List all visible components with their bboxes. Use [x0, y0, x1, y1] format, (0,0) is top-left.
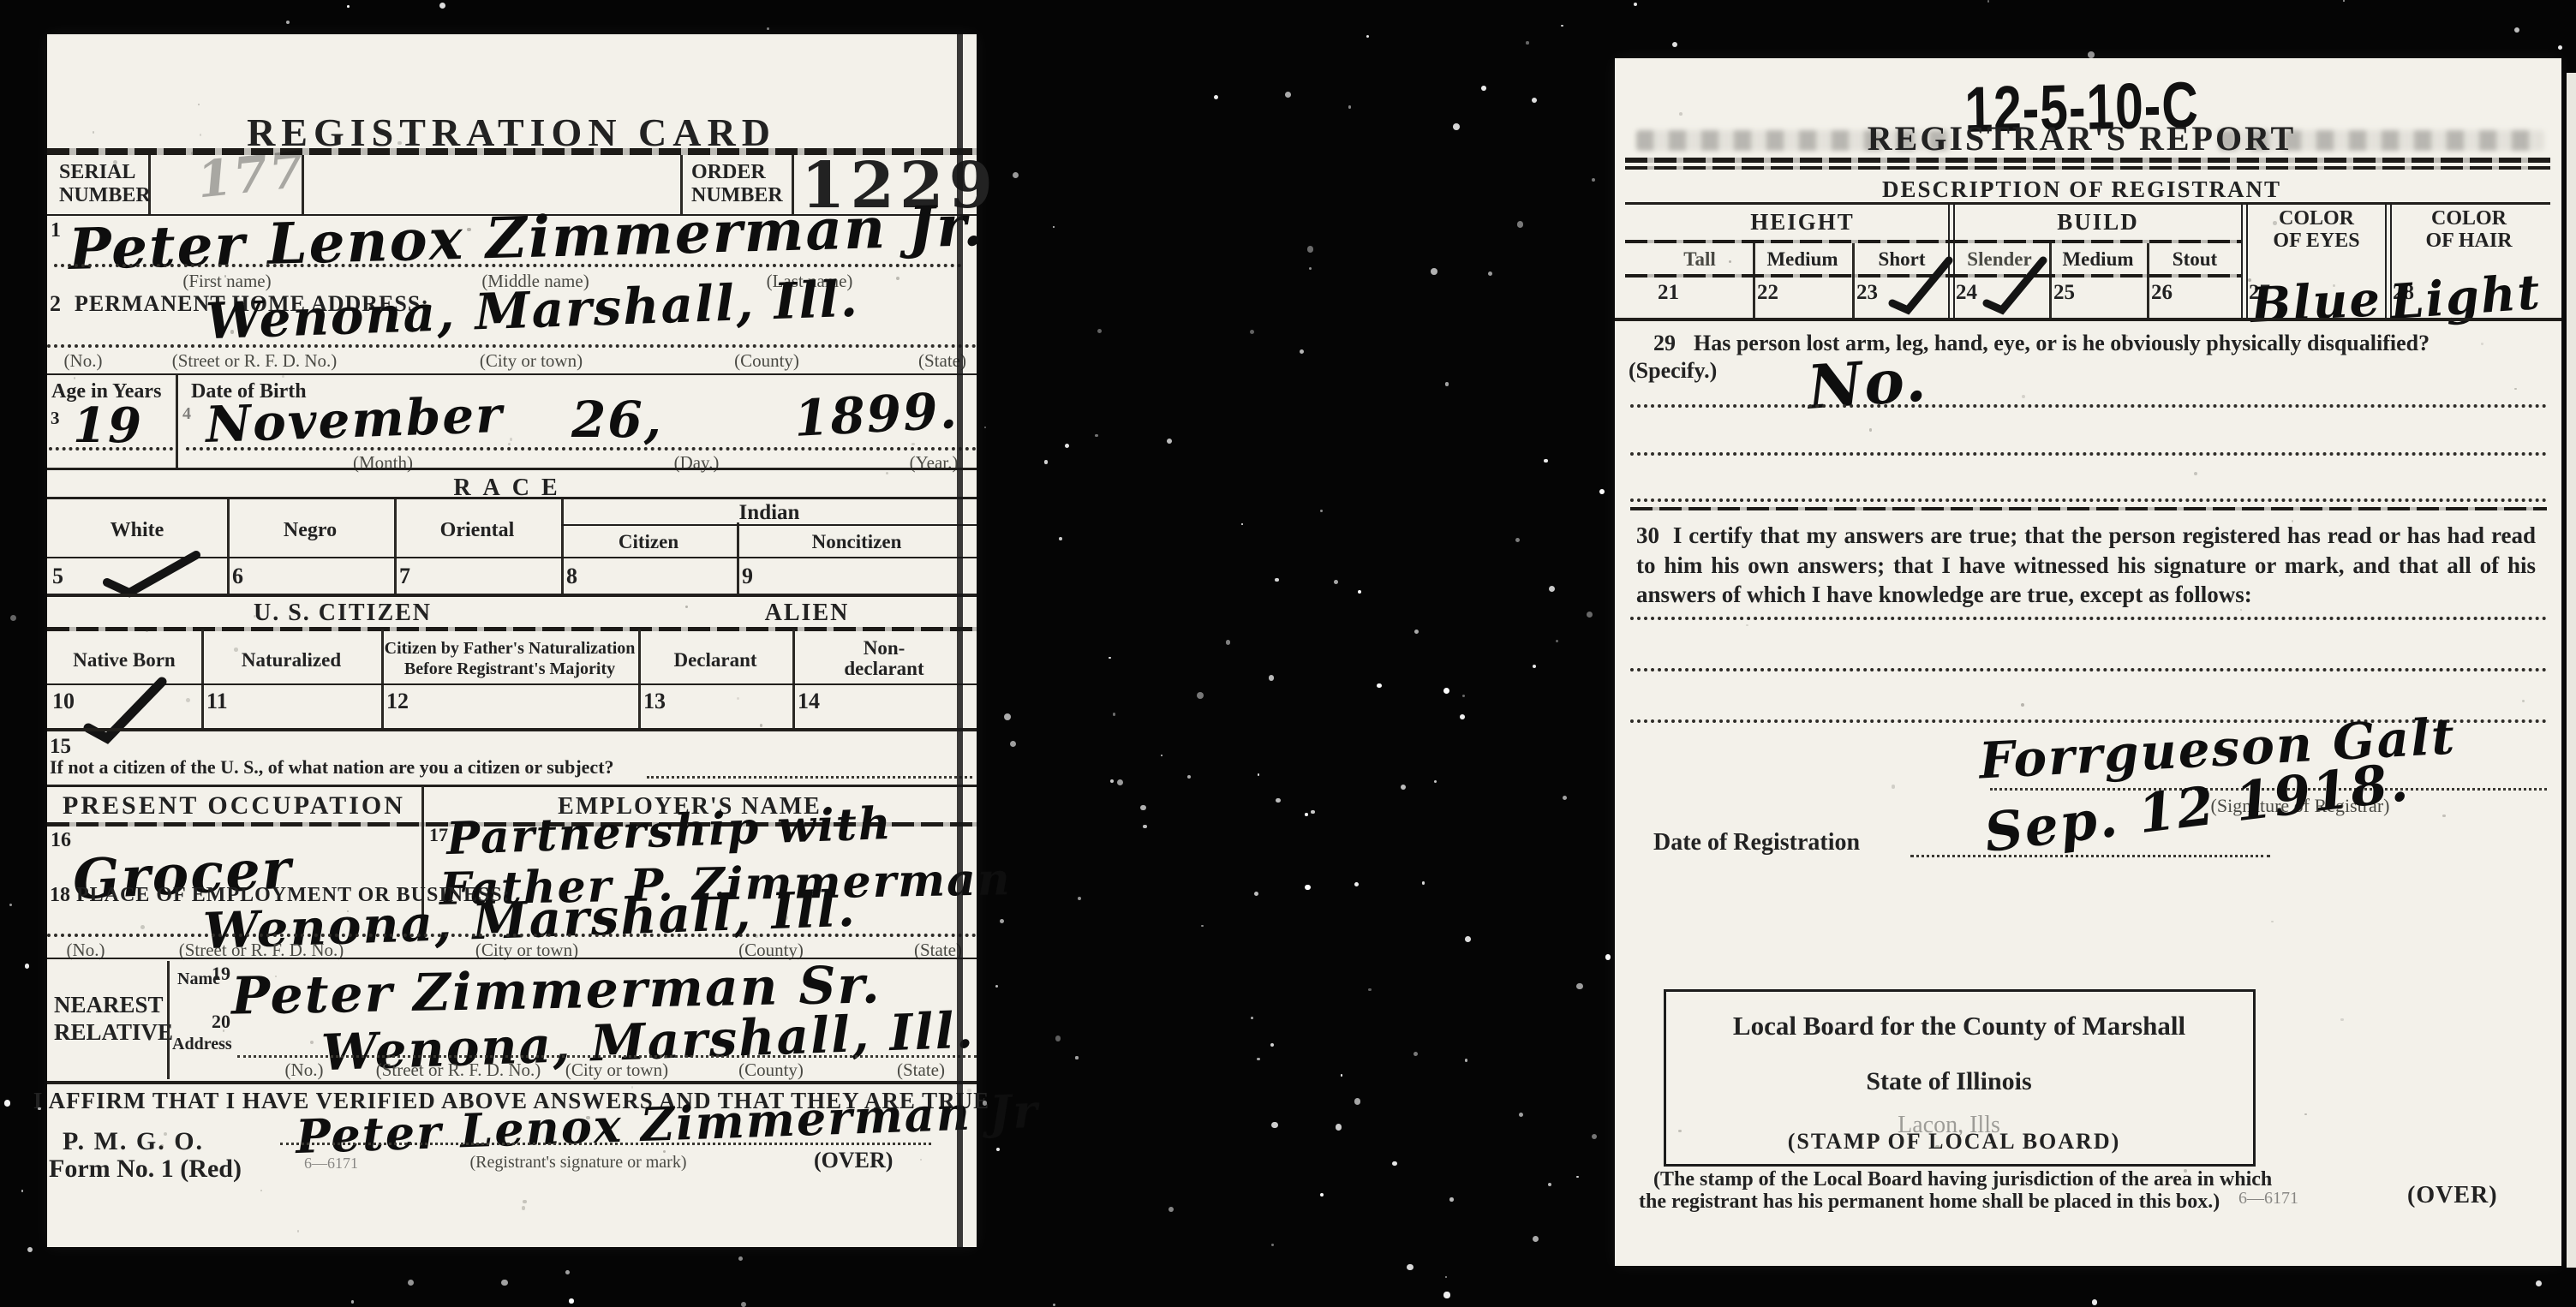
box-number: 14 [798, 689, 820, 714]
field-number: 15 [50, 735, 71, 759]
build-header: BUILD [2057, 209, 2139, 236]
rule [47, 627, 977, 631]
hair-header-line1: COLOR [2431, 207, 2507, 230]
field-number: 3 [51, 408, 60, 429]
field-label: (State) [897, 1059, 945, 1081]
footer-note-line1: (The stamp of the Local Board having jur… [1653, 1168, 2272, 1191]
local-board-stamp-box: Local Board for the County of Marshall S… [1664, 989, 2256, 1167]
signature-line [280, 1143, 931, 1145]
print-code: 6—6171 [2238, 1189, 2298, 1209]
box-number: 8 [566, 564, 577, 589]
relative-address-label: Address [172, 1035, 232, 1054]
box-number: 12 [386, 689, 409, 714]
race-option-white: White [111, 519, 164, 542]
employer-value-line1: Partnership with [445, 797, 894, 865]
field-label: (Month) [353, 452, 413, 474]
field-label: (No.) [285, 1059, 324, 1081]
height-header: HEIGHT [1750, 209, 1855, 236]
stamp-box-label: (STAMP OF LOCAL BOARD) [1788, 1129, 2121, 1155]
field-number: 30 [1636, 522, 1659, 548]
rule [47, 594, 977, 597]
write-line [1630, 668, 2547, 671]
box-number: 9 [742, 564, 753, 589]
dob-day-value: 26, [571, 391, 663, 449]
build-option-stout: Stout [2173, 248, 2217, 271]
write-line [1910, 855, 2270, 857]
citizen-option-naturalized: Naturalized [242, 649, 341, 671]
alien-header: ALIEN [765, 600, 850, 627]
stamp-line2: State of Illinois [1866, 1067, 2031, 1096]
box-number: 11 [206, 689, 228, 714]
field-label: (Street or R. F. D. No.) [376, 1059, 541, 1081]
age-value: 19 [73, 397, 143, 454]
rule [1630, 507, 2547, 510]
home-address-value: Wenona, Marshall, Ill. [205, 270, 860, 351]
write-line [647, 776, 972, 779]
box-number: 26 [2151, 281, 2173, 305]
height-option-medium: Medium [1766, 248, 1838, 271]
form-number-label: Form No. 1 (Red) [49, 1155, 242, 1184]
rule [47, 1081, 977, 1084]
height-option-tall: Tall [1683, 248, 1716, 271]
write-line [1630, 498, 2547, 502]
divider [176, 375, 178, 468]
q29-text: Has person lost arm, leg, hand, eye, or … [1694, 331, 2430, 356]
eyes-header-line2: OF EYES [2273, 230, 2359, 253]
box-number: 5 [52, 564, 63, 589]
alien-option-declarant: Declarant [673, 649, 756, 671]
divider [227, 499, 230, 595]
relative-header-line1: NEAREST [54, 992, 164, 1018]
alien-option-nondeclarant-line2: declarant [844, 658, 923, 680]
q29-answer: No. [1805, 343, 1929, 423]
field-label: (Year.) [910, 452, 959, 474]
field-number: 20 [212, 1011, 230, 1033]
write-line [47, 344, 977, 348]
relative-header-line2: RELATIVE [54, 1019, 173, 1046]
field-number: 16 [51, 829, 71, 852]
rule [47, 468, 977, 470]
checkmark-icon [100, 548, 203, 598]
over-label: (OVER) [814, 1148, 893, 1173]
box-number: 25 [2053, 281, 2075, 305]
citizen-option-father-line2: Before Registrant's Majority [404, 659, 615, 679]
field-number: 29 [1653, 331, 1676, 356]
registration-card: REGISTRATION CARD SERIALNUMBER 177 ORDER… [47, 34, 977, 1247]
rule [1625, 166, 2550, 170]
race-option-indian-citizen: Citizen [619, 531, 678, 553]
divider [792, 630, 795, 728]
field-label: (County) [734, 350, 799, 372]
box-number: 7 [399, 564, 410, 589]
field-number: 4 [182, 404, 191, 424]
box-number: 6 [232, 564, 243, 589]
checkmark-icon [1981, 255, 2050, 315]
stamp-line1: Local Board for the County of Marshall [1733, 1011, 2185, 1041]
q29-specify-label: (Specify.) [1629, 358, 1717, 384]
serial-number-label: SERIALNUMBER [59, 161, 151, 207]
field-number: 19 [212, 963, 230, 985]
field-label: (County) [738, 1059, 804, 1081]
divider [737, 522, 739, 595]
box-number: 13 [643, 689, 666, 714]
box-number: 21 [1658, 281, 1679, 305]
box-number: 22 [1757, 281, 1778, 305]
write-line [47, 934, 977, 937]
rule [47, 497, 977, 499]
write-line [54, 264, 962, 267]
checkmark-icon [1887, 255, 1956, 315]
divider [561, 499, 564, 595]
field-label: (No.) [64, 350, 103, 372]
scanned-document-background: REGISTRATION CARD SERIALNUMBER 177 ORDER… [0, 0, 2576, 1307]
divider [167, 961, 170, 1079]
write-line [49, 447, 173, 451]
description-header: DESCRIPTION OF REGISTRANT [1882, 176, 2281, 203]
eyes-header-line1: COLOR [2279, 207, 2354, 230]
registration-date-label: Date of Registration [1653, 829, 1860, 856]
rule [561, 524, 977, 526]
write-line [1630, 452, 2547, 456]
serial-number-value: 177 [194, 140, 308, 210]
rule [47, 728, 977, 731]
registrars-report-card: 12-5-10-C REGISTRAR'S REPORT DESCRIPTION… [1615, 58, 2561, 1266]
field-number: 2 [50, 291, 61, 317]
signature-label: (Registrant's signature or mark) [470, 1153, 687, 1173]
field-label: (City or town) [480, 350, 583, 372]
box-number: 24 [1956, 281, 1977, 305]
write-line [1630, 617, 2547, 620]
citizen-option-native: Native Born [73, 649, 175, 671]
box-number: 10 [52, 689, 75, 714]
race-option-indian: Indian [739, 501, 800, 525]
divider [381, 630, 384, 728]
box-number: 23 [1856, 281, 1878, 305]
footer-note-line2: the registrant has his permanent home sh… [1639, 1191, 2220, 1214]
field-number: 18 [50, 884, 70, 907]
race-option-indian-noncitizen: Noncitizen [812, 531, 902, 553]
rule [1625, 158, 2550, 163]
rule [1615, 318, 2561, 321]
field-label: (Day.) [674, 452, 720, 474]
checkmark-icon [83, 675, 169, 743]
write-line [237, 1055, 977, 1058]
eyes-value: Blue [2249, 271, 2382, 334]
print-code: 6—6171 [304, 1155, 358, 1173]
occupation-header: PRESENT OCCUPATION [63, 791, 405, 821]
race-option-negro: Negro [284, 519, 337, 542]
divider [394, 499, 397, 595]
write-line [1630, 404, 2547, 408]
field-label: (Street or R. F. D. No.) [172, 350, 338, 372]
rule [47, 683, 977, 685]
rule [47, 373, 977, 375]
divider [2241, 205, 2248, 319]
build-option-medium: Medium [2062, 248, 2133, 271]
write-line [186, 447, 977, 451]
divider [1852, 243, 1855, 319]
citizen-option-father-line1: Citizen by Father's Naturalization [385, 639, 636, 659]
field-label: (First name) [182, 271, 271, 292]
over-label: (OVER) [2407, 1182, 2498, 1209]
divider [638, 630, 641, 728]
field-number: 1 [51, 219, 61, 242]
q30-text: 30 I certify that my answers are true; t… [1636, 521, 2536, 610]
dob-month-value: November [205, 385, 505, 454]
divider [1753, 243, 1755, 319]
rule [1625, 202, 2550, 205]
card-title: REGISTRAR'S REPORT [1868, 118, 2296, 158]
dob-year-value: 1899. [792, 381, 959, 448]
adjacent-card-edge [2567, 73, 2576, 1268]
pmgo-label: P. M. G. O. [63, 1127, 204, 1156]
field-label: (City or town) [565, 1059, 668, 1081]
q15-text: If not a citizen of the U. S., of what n… [50, 756, 614, 779]
rule [47, 785, 977, 787]
alien-option-nondeclarant-line1: Non- [864, 637, 905, 659]
divider [201, 630, 204, 728]
us-citizen-header: U. S. CITIZEN [254, 600, 432, 627]
race-option-oriental: Oriental [440, 519, 515, 542]
scan-edge-line [957, 34, 963, 1247]
divider [2147, 243, 2149, 319]
hair-header-line2: OF HAIR [2425, 230, 2512, 253]
